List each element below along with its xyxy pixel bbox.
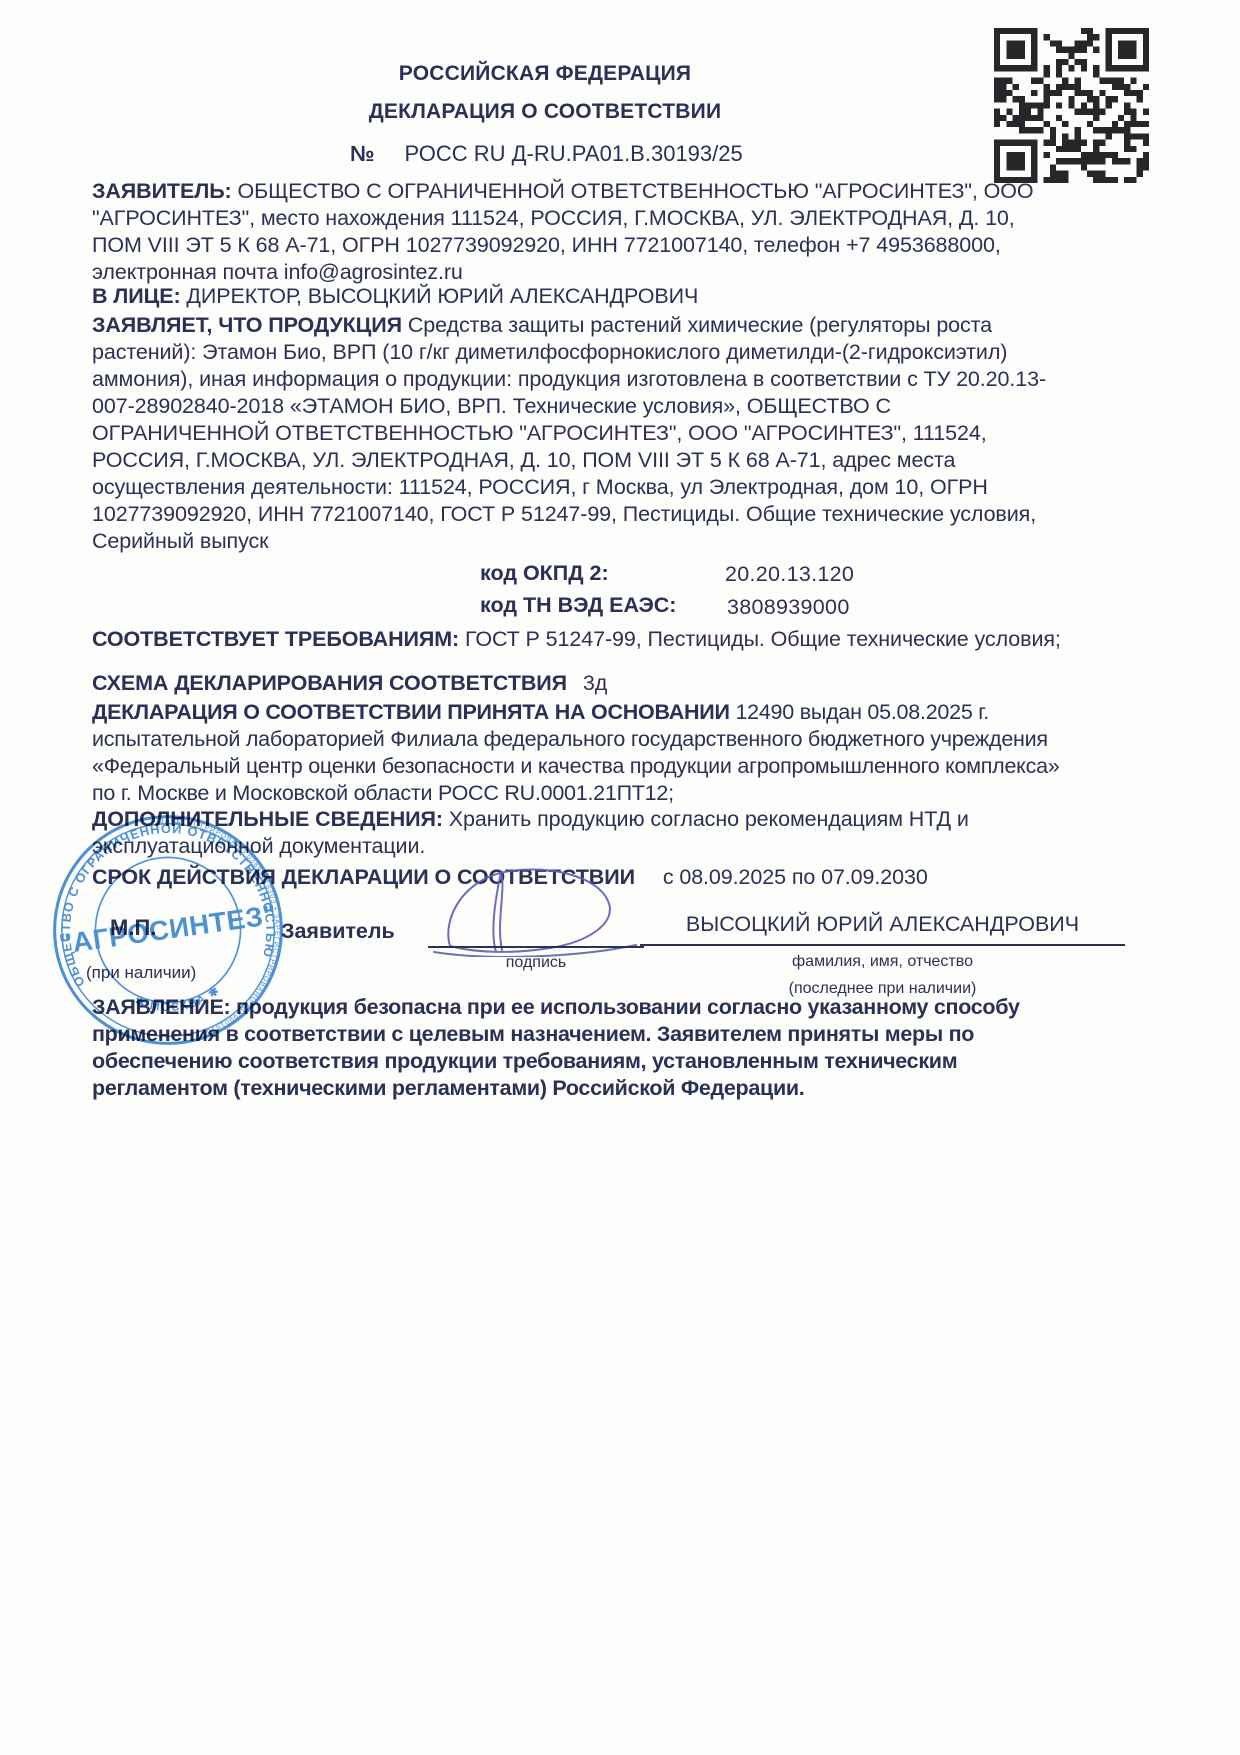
product-paragraph: ЗАЯВЛЯЕТ, ЧТО ПРОДУКЦИЯ Средства защиты … [92,312,1062,555]
signature-caption: подпись [428,953,644,972]
applicant-text: ОБЩЕСТВО С ОГРАНИЧЕННОЙ ОТВЕТСТВЕННОСТЬЮ… [92,179,1034,284]
name-line [640,944,1125,946]
signatory-name: ВЫСОЦКИЙ ЮРИЙ АЛЕКСАНДРОВИЧ [640,912,1125,937]
applicant-paragraph: ЗАЯВИТЕЛЬ: ОБЩЕСТВО С ОГРАНИЧЕННОЙ ОТВЕТ… [92,178,1060,286]
in-person-line: В ЛИЦЕ: ДИРЕКТОР, ВЫСОЦКИЙ ЮРИЙ АЛЕКСАНД… [92,283,1060,310]
handwritten-signature [430,862,640,957]
page-title: ДЕКЛАРАЦИЯ О СООТВЕТСТВИИ [0,100,1090,124]
header-country: РОССИЙСКАЯ ФЕДЕРАЦИЯ [0,62,1090,86]
tnved-label: код ТН ВЭД ЕАЭС: [480,593,676,618]
declaration-document: РОССИЙСКАЯ ФЕДЕРАЦИЯ ДЕКЛАРАЦИЯ О СООТВЕ… [0,0,1240,1755]
product-label: ЗАЯВЛЯЕТ, ЧТО ПРОДУКЦИЯ [92,313,402,337]
basis-paragraph: ДЕКЛАРАЦИЯ О СООТВЕТСТВИИ ПРИНЯТА НА ОСН… [92,699,1070,807]
svg-text:ОБЩЕСТВО С ОГРАНИЧЕННОЙ ОТВЕТС: ОБЩЕСТВО С ОГРАНИЧЕННОЙ ОТВЕТСТВЕННОСТЬЮ… [32,794,283,993]
scheme-value: 3д [583,671,607,695]
conforms-line: СООТВЕТСТВУЕТ ТРЕБОВАНИЯМ: ГОСТ Р 51247-… [92,626,1062,653]
conforms-text: ГОСТ Р 51247-99, Пестициды. Общие технич… [465,627,1061,651]
stamp-bottom-text: ✱ МОСКВА ✱ [131,983,224,1020]
tnved-value: 3808939000 [727,595,850,620]
conforms-label: СООТВЕТСТВУЕТ ТРЕБОВАНИЯМ: [92,627,459,651]
declaration-number: РОСС RU Д-RU.РА01.В.30193/25 [405,141,743,166]
company-stamp: • ЗАРЕГИСТРИРОВАНО 03899018303 • ЗАРЕГИС… [32,794,303,1065]
applicant-label: ЗАЯВИТЕЛЬ: [92,179,232,203]
applicant-role-label: Заявитель [281,919,395,944]
stamp-ring-text: ОБЩЕСТВО С ОГРАНИЧЕННОЙ ОТВЕТСТВЕННОСТЬЮ… [32,794,283,993]
name-caption-1: фамилия, имя, отчество [640,952,1125,971]
in-person-text: ДИРЕКТОР, ВЫСОЦКИЙ ЮРИЙ АЛЕКСАНДРОВИЧ [186,284,698,308]
product-text: Средства защиты растений химические (рег… [92,313,1046,553]
declaration-number-line: №РОСС RU Д-RU.РА01.В.30193/25 [350,141,743,167]
svg-text:✱ МОСКВА ✱: ✱ МОСКВА ✱ [131,983,224,1020]
number-sign: № [350,141,375,166]
stamp-center-text: "АГРОСИНТЕЗ" [57,899,279,960]
scheme-line: СХЕМА ДЕКЛАРИРОВАНИЯ СООТВЕТСТВИЯ 3д [92,670,1062,697]
okpd-label: код ОКПД 2: [480,561,609,586]
signature-line [428,946,644,948]
validity-dates: с 08.09.2025 по 07.09.2030 [663,865,928,889]
okpd-value: 20.20.13.120 [725,562,854,587]
scheme-label: СХЕМА ДЕКЛАРИРОВАНИЯ СООТВЕТСТВИЯ [92,671,567,695]
in-person-label: В ЛИЦЕ: [92,284,181,308]
basis-label: ДЕКЛАРАЦИЯ О СООТВЕТСТВИИ ПРИНЯТА НА ОСН… [92,700,730,724]
